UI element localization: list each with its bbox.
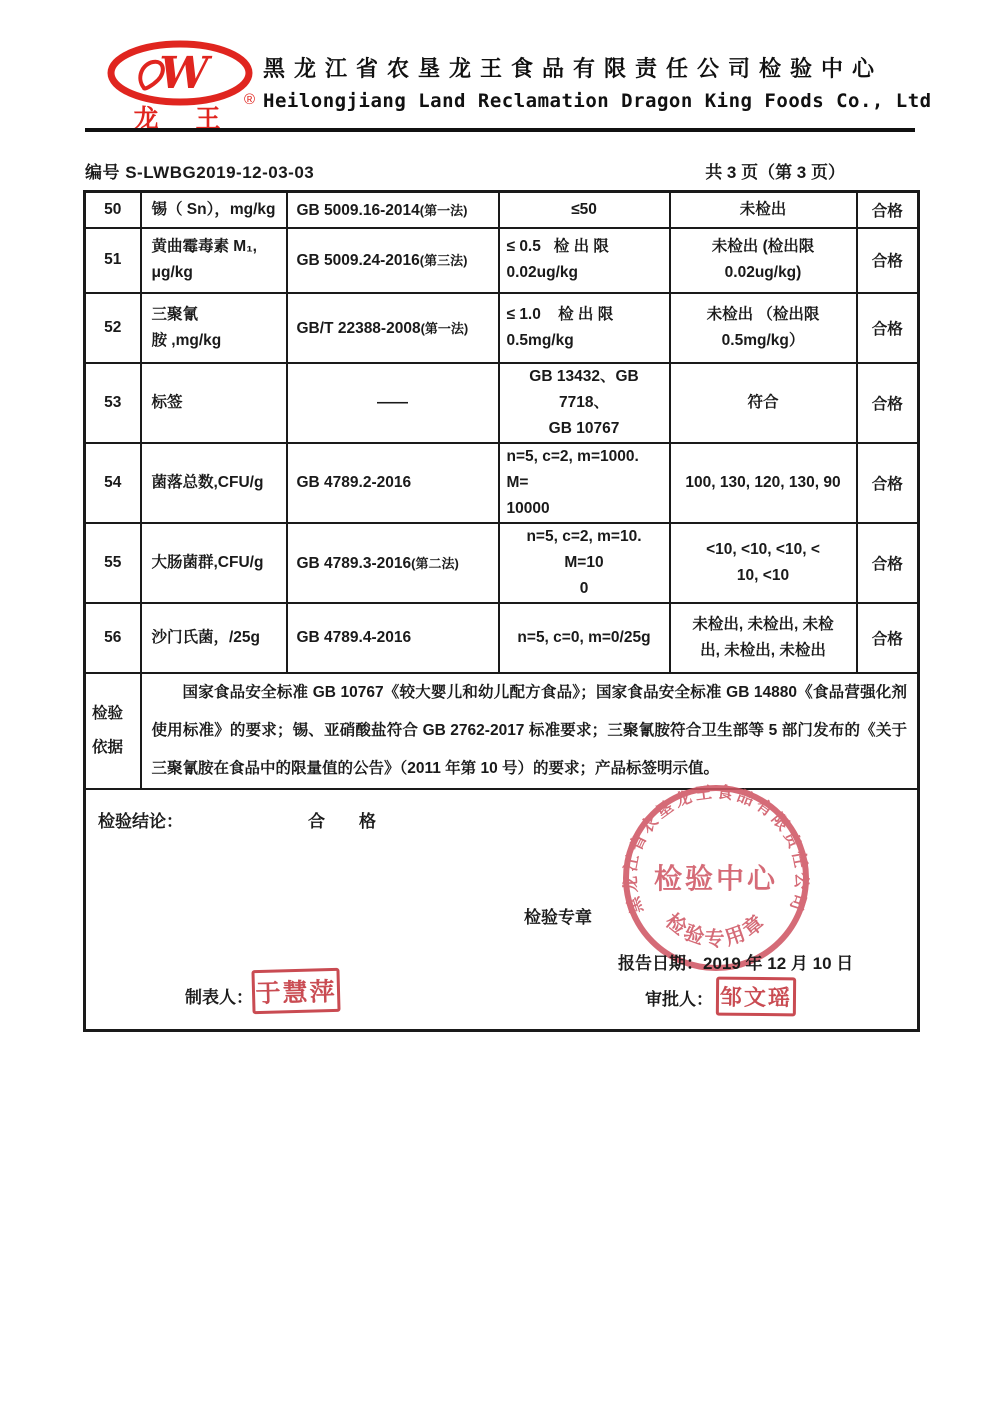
method-code: GB 5009.24-2016 [297,252,420,269]
method-cell: GB 5009.24-2016(第三法) [287,228,499,293]
dragon-king-logo: W 龙 王 ® [106,40,270,132]
logo-graphic: W 龙 王 ® [106,40,270,132]
method-cell: GB 4789.4-2016 [287,603,499,673]
method-cell: GB 5009.16-2014(第一法) [287,192,499,228]
header-titles: 黑龙江省农垦龙王食品有限责任公司检验中心 Heilongjiang Land R… [263,52,893,112]
method-note: (第二法) [411,556,459,571]
preparer-label: 制表人： [185,983,253,1008]
method-cell: GB 4789.3-2016(第二法) [287,523,499,603]
preparer-name-stamp: 于慧萍 [251,968,340,1014]
table-row: 50 锡（ Sn），mg/kg GB 5009.16-2014(第一法) ≤50… [85,192,919,228]
item-name: 锡（ Sn），mg/kg [141,192,287,228]
stamp-caption: 检验专章 [524,903,592,928]
conclusion-value: 合 格 [308,807,376,832]
verdict: 合格 [857,363,919,443]
method-cell: —— [287,363,499,443]
item-name: 黄曲霉毒素 M₁, μg/kg [141,228,287,293]
method-cell: GB/T 22388-2008(第一法) [287,293,499,363]
result-value: 未检出, 未检出, 未检 出, 未检出, 未检出 [670,603,857,673]
table-row: 55 大肠菌群,CFU/g GB 4789.3-2016(第二法) n=5, c… [85,523,919,603]
row-no: 52 [85,293,141,363]
page-count: 共 3 页（第 3 页） [705,158,845,183]
header-divider [85,128,915,132]
approver-label: 审批人： [645,985,713,1010]
method-code: GB 4789.2-2016 [297,474,412,491]
limit-value: ≤50 [499,192,670,228]
method-note: (第一法) [420,203,468,218]
basis-text: 国家食品安全标准 GB 10767《较大婴儿和幼儿配方食品》；国家食品安全标准 … [141,673,919,789]
row-no: 50 [85,192,141,228]
limit-value: n=5, c=0, m=0/25g [499,603,670,673]
result-value: 100, 130, 120, 130, 90 [670,443,857,523]
table-row: 56 沙门氏菌，/25g GB 4789.4-2016 n=5, c=0, m=… [85,603,919,673]
limit-value: n=5, c=2, m=10. M=10 0 [499,523,670,603]
verdict: 合格 [857,603,919,673]
stamp-ring-text: 黑龙江省农垦龙王食品有限责任公司 [620,782,812,916]
result-value: <10, <10, <10, < 10, <10 [670,523,857,603]
result-value: 未检出 [670,192,857,228]
company-name-cn: 黑龙江省农垦龙王食品有限责任公司检验中心 [263,52,893,83]
table-row: 52 三聚氰 胺 ,mg/kg GB/T 22388-2008(第一法) ≤ 1… [85,293,919,363]
verdict: 合格 [857,192,919,228]
method-code: GB 5009.16-2014 [297,202,420,219]
result-value: 未检出 (检出限 0.02ug/kg) [670,228,857,293]
table-row: 54 菌落总数,CFU/g GB 4789.2-2016 n=5, c=2, m… [85,443,919,523]
item-name: 标签 [141,363,287,443]
verdict: 合格 [857,443,919,523]
inspection-report-page: W 龙 王 ® 黑龙江省农垦龙王食品有限责任公司检验中心 Heilongjian… [0,0,992,1403]
result-value: 符合 [670,363,857,443]
company-name-en: Heilongjiang Land Reclamation Dragon Kin… [263,90,893,112]
row-no: 55 [85,523,141,603]
method-code: —— [377,394,408,411]
results-table: 50 锡（ Sn），mg/kg GB 5009.16-2014(第一法) ≤50… [83,190,920,1032]
table-row: 51 黄曲霉毒素 M₁, μg/kg GB 5009.24-2016(第三法) … [85,228,919,293]
limit-value: n=5, c=2, m=1000. M= 10000 [499,443,670,523]
row-no: 56 [85,603,141,673]
method-code: GB/T 22388-2008 [297,320,421,337]
approver-name-stamp: 邹文瑶 [716,977,796,1017]
stamp-graphic: 黑龙江省农垦龙王食品有限责任公司 检验中心 检验专用章 [620,782,812,974]
method-note: (第三法) [420,253,468,268]
stamp-bottom-text: 检验专用章 [661,908,771,950]
basis-row: 检验 依据 国家食品安全标准 GB 10767《较大婴儿和幼儿配方食品》；国家食… [85,673,919,789]
result-value: 未检出 （检出限 0.5mg/kg） [670,293,857,363]
method-code: GB 4789.4-2016 [297,629,412,646]
method-cell: GB 4789.2-2016 [287,443,499,523]
row-no: 51 [85,228,141,293]
stamp-center-text: 检验中心 [654,863,778,894]
svg-text:黑龙江省农垦龙王食品有限责任公司: 黑龙江省农垦龙王食品有限责任公司 [620,782,812,916]
basis-label: 检验 依据 [85,673,141,789]
limit-value: ≤ 1.0 检 出 限 0.5mg/kg [499,293,670,363]
verdict: 合格 [857,523,919,603]
row-no: 53 [85,363,141,443]
item-name: 三聚氰 胺 ,mg/kg [141,293,287,363]
inspection-seal-stamp: 黑龙江省农垦龙王食品有限责任公司 检验中心 检验专用章 [620,782,812,974]
table-row: 53 标签 —— GB 13432、GB 7718、 GB 10767 符合 合… [85,363,919,443]
limit-value: GB 13432、GB 7718、 GB 10767 [499,363,670,443]
conclusion-label: 检验结论： [98,807,183,832]
registered-trademark-icon: ® [244,91,255,108]
item-name: 沙门氏菌，/25g [141,603,287,673]
doc-number: 编号 S-LWBG2019-12-03-03 [85,158,314,183]
report-date: 报告日期：2019 年 12 月 10 日 [618,949,853,974]
limit-value: ≤ 0.5 检 出 限 0.02ug/kg [499,228,670,293]
meta-row: 编号 S-LWBG2019-12-03-03 共 3 页（第 3 页） [85,158,845,183]
svg-text:检验专用章: 检验专用章 [661,908,771,950]
verdict: 合格 [857,293,919,363]
item-name: 大肠菌群,CFU/g [141,523,287,603]
item-name: 菌落总数,CFU/g [141,443,287,523]
method-code: GB 4789.3-2016 [297,555,412,572]
verdict: 合格 [857,228,919,293]
logo-monogram: W [159,48,213,99]
row-no: 54 [85,443,141,523]
method-note: (第一法) [421,321,469,336]
